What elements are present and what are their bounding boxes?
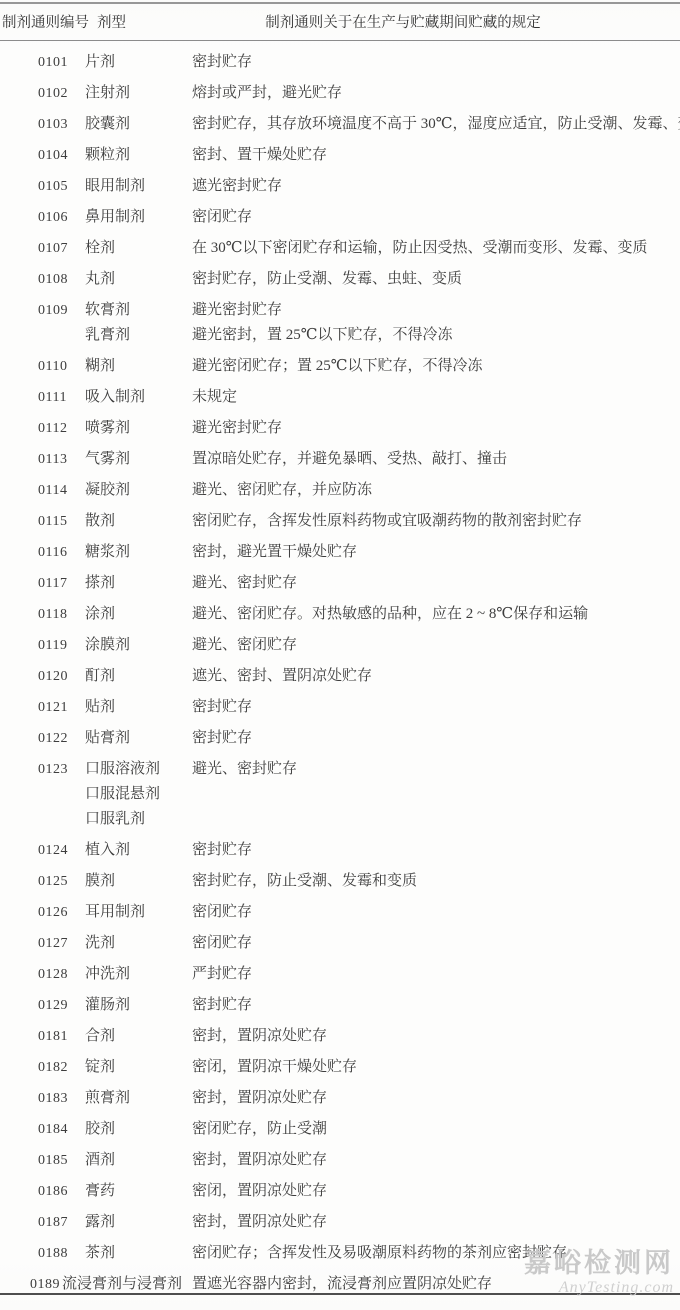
row-regulations: 密封贮存 [192,838,680,863]
dosage-form-text: 眼用制剂 [85,174,192,199]
dosage-form-text: 气雾剂 [85,447,192,472]
table-row: 0112 喷雾剂 避光密封贮存 [0,413,680,444]
table-row: 0121 贴剂 密封贮存 [0,692,680,723]
row-dosage-forms: 冲洗剂 [85,962,192,987]
row-dosage-forms: 膜剂 [85,869,192,894]
row-dosage-forms: 颗粒剂 [85,143,192,168]
row-regulations: 密封贮存，其存放环境温度不高于 30℃，湿度应适宜，防止受潮、发霉、变质 [192,112,680,137]
row-code: 0109 [0,298,85,348]
row-code: 0122 [0,726,85,751]
storage-regulation-text: 未规定 [192,385,680,410]
row-code: 0115 [0,509,85,534]
row-dosage-forms: 贴膏剂 [85,726,192,751]
row-regulations: 避光、密闭贮存。对热敏感的品种，应在 2 ~ 8℃保存和运输 [192,602,680,627]
storage-regulation-text: 避光、密封贮存 [192,571,680,596]
storage-regulation-text: 密封贮存 [192,993,680,1018]
row-dosage-forms: 灌肠剂 [85,993,192,1018]
table-row: 0129 灌肠剂 密封贮存 [0,990,680,1021]
row-code: 0120 [0,664,85,689]
table-row: 0104 颗粒剂 密封、置干燥处贮存 [0,140,680,171]
row-dosage-forms: 糊剂 [85,354,192,379]
table-row: 0114 凝胶剂 避光、密闭贮存，并应防冻 [0,475,680,506]
row-regulations: 避光、密闭贮存，并应防冻 [192,478,680,503]
table-row: 0122 贴膏剂 密封贮存 [0,723,680,754]
row-code: 0125 [0,869,85,894]
table-row: 0119 涂膜剂 避光、密闭贮存 [0,630,680,661]
dosage-form-text: 露剂 [85,1210,192,1235]
dosage-form-text: 贴膏剂 [85,726,192,751]
storage-regulation-text: 密封，置阴凉处贮存 [192,1148,680,1173]
dosage-form-text: 散剂 [85,509,192,534]
table-row: 0124 植入剂 密封贮存 [0,835,680,866]
storage-regulation-text: 密闭贮存；含挥发性及易吸潮原料药物的茶剂应密封贮存 [192,1241,680,1266]
dosage-form-text: 吸入制剂 [85,385,192,410]
row-code: 0188 [0,1241,85,1266]
row-dosage-forms: 鼻用制剂 [85,205,192,230]
row-dosage-forms: 合剂 [85,1024,192,1049]
row-dosage-forms: 洗剂 [85,931,192,956]
dosage-form-text: 栓剂 [85,236,192,261]
storage-regulation-text: 避光密封贮存 [192,416,680,441]
table-row: 0115 散剂 密闭贮存，含挥发性原料药物或宜吸潮药物的散剂密封贮存 [0,506,680,537]
row-regulations: 密闭贮存 [192,205,680,230]
row-code: 0181 [0,1024,85,1049]
storage-regulation-text: 密闭，置阴凉处贮存 [192,1179,680,1204]
row-dosage-forms: 茶剂 [85,1241,192,1266]
row-code: 0116 [0,540,85,565]
row-dosage-forms: 软膏剂乳膏剂 [85,298,192,348]
storage-regulation-text: 遮光密封贮存 [192,174,680,199]
storage-regulation-text: 密闭贮存 [192,931,680,956]
dosage-form-text: 颗粒剂 [85,143,192,168]
table-row: 0113 气雾剂 置凉暗处贮存，并避免暴晒、受热、敲打、撞击 [0,444,680,475]
row-dosage-forms: 糖浆剂 [85,540,192,565]
storage-regulation-text: 遮光、密封、置阴凉处贮存 [192,664,680,689]
row-regulations: 遮光密封贮存 [192,174,680,199]
storage-regulation-text: 避光、密闭贮存 [192,633,680,658]
row-dosage-forms: 膏药 [85,1179,192,1204]
row-code: 0104 [0,143,85,168]
row-regulations: 密封，避光置干燥处贮存 [192,540,680,565]
row-regulations: 避光密封贮存避光密封，置 25℃以下贮存，不得冷冻 [192,298,680,348]
table-row: 0111 吸入制剂 未规定 [0,382,680,413]
row-regulations: 避光、密封贮存 [192,571,680,596]
storage-regulation-table: 制剂通则编号 剂型 制剂通则关于在生产与贮藏期间贮藏的规定 0101 片剂 密封… [0,2,680,1300]
row-regulations: 密封，置阴凉处贮存 [192,1086,680,1111]
table-bottom-rule [0,1293,680,1295]
dosage-form-text: 口服乳剂 [85,807,192,832]
table-row: 0125 膜剂 密封贮存，防止受潮、发霉和变质 [0,866,680,897]
storage-regulation-text: 密封贮存，防止受潮、发霉、虫蛀、变质 [192,267,680,292]
row-regulations: 密闭贮存，含挥发性原料药物或宜吸潮药物的散剂密封贮存 [192,509,680,534]
table-row: 0105 眼用制剂 遮光密封贮存 [0,171,680,202]
table-row: 0102 注射剂 熔封或严封，避光贮存 [0,78,680,109]
row-dosage-forms: 丸剂 [85,267,192,292]
storage-regulation-text: 密闭贮存，防止受潮 [192,1117,680,1142]
row-dosage-forms: 锭剂 [85,1055,192,1080]
storage-regulation-text: 避光密闭贮存；置 25℃以下贮存，不得冷冻 [192,354,680,379]
row-regulations: 密封贮存，防止受潮、发霉和变质 [192,869,680,894]
table-row: 0187 露剂 密封，置阴凉处贮存 [0,1207,680,1238]
dosage-form-text: 胶剂 [85,1117,192,1142]
table-row: 0184 胶剂 密闭贮存，防止受潮 [0,1114,680,1145]
row-regulations: 遮光、密封、置阴凉处贮存 [192,664,680,689]
table-row: 0110 糊剂 避光密闭贮存；置 25℃以下贮存，不得冷冻 [0,351,680,382]
table-row: 0118 涂剂 避光、密闭贮存。对热敏感的品种，应在 2 ~ 8℃保存和运输 [0,599,680,630]
row-dosage-forms: 植入剂 [85,838,192,863]
row-dosage-forms: 栓剂 [85,236,192,261]
storage-regulation-text: 熔封或严封，避光贮存 [192,81,680,106]
row-dosage-forms: 露剂 [85,1210,192,1235]
row-regulations: 避光、密闭贮存 [192,633,680,658]
row-code: 0123 [0,757,85,832]
dosage-form-text: 酊剂 [85,664,192,689]
dosage-form-text: 涂剂 [85,602,192,627]
dosage-form-text: 膏药 [85,1179,192,1204]
dosage-form-text: 涂膜剂 [85,633,192,658]
table-row: 0103 胶囊剂 密封贮存，其存放环境温度不高于 30℃，湿度应适宜，防止受潮、… [0,109,680,140]
row-code: 0101 [0,50,85,75]
row-dosage-forms: 眼用制剂 [85,174,192,199]
dosage-form-text: 口服溶液剂 [85,757,192,782]
row-code: 0124 [0,838,85,863]
row-regulations: 密闭贮存 [192,931,680,956]
table-row: 0128 冲洗剂 严封贮存 [0,959,680,990]
storage-regulation-text: 置凉暗处贮存，并避免暴晒、受热、敲打、撞击 [192,447,680,472]
table-row: 0185 酒剂 密封，置阴凉处贮存 [0,1145,680,1176]
row-code: 0126 [0,900,85,925]
dosage-form-text: 耳用制剂 [85,900,192,925]
row-dosage-forms: 吸入制剂 [85,385,192,410]
row-regulations: 密闭贮存，防止受潮 [192,1117,680,1142]
row-code: 0185 [0,1148,85,1173]
dosage-form-text: 灌肠剂 [85,993,192,1018]
table-row: 0127 洗剂 密闭贮存 [0,928,680,959]
table-row: 0181 合剂 密封，置阴凉处贮存 [0,1021,680,1052]
row-dosage-forms: 酊剂 [85,664,192,689]
dosage-form-text: 煎膏剂 [85,1086,192,1111]
table-row: 0116 糖浆剂 密封，避光置干燥处贮存 [0,537,680,568]
storage-regulation-text: 密封贮存，其存放环境温度不高于 30℃，湿度应适宜，防止受潮、发霉、变质 [192,112,680,137]
row-regulations: 密闭贮存 [192,900,680,925]
row-regulations: 置凉暗处贮存，并避免暴晒、受热、敲打、撞击 [192,447,680,472]
row-dosage-forms: 注射剂 [85,81,192,106]
dosage-form-text: 洗剂 [85,931,192,956]
table-row: 0120 酊剂 遮光、密封、置阴凉处贮存 [0,661,680,692]
dosage-form-text: 喷雾剂 [85,416,192,441]
row-code: 0105 [0,174,85,199]
row-dosage-forms: 口服溶液剂口服混悬剂口服乳剂 [85,757,192,832]
row-code: 0110 [0,354,85,379]
storage-regulation-text: 密封，置阴凉处贮存 [192,1024,680,1049]
row-regulations: 熔封或严封，避光贮存 [192,81,680,106]
row-regulations: 密封贮存 [192,993,680,1018]
storage-regulation-text: 密封，避光置干燥处贮存 [192,540,680,565]
storage-regulation-text: 密封贮存 [192,838,680,863]
dosage-form-text: 锭剂 [85,1055,192,1080]
storage-regulation-text: 密闭贮存 [192,900,680,925]
row-code: 0182 [0,1055,85,1080]
storage-regulation-text: 密封贮存 [192,50,680,75]
row-code: 0129 [0,993,85,1018]
storage-regulation-text: 密封贮存 [192,726,680,751]
storage-regulation-text: 在 30℃以下密闭贮存和运输，防止因受热、受潮而变形、发霉、变质 [192,236,680,261]
storage-regulation-text: 密闭，置阴凉干燥处贮存 [192,1055,680,1080]
table-row: 0107 栓剂 在 30℃以下密闭贮存和运输，防止因受热、受潮而变形、发霉、变质 [0,233,680,264]
row-regulations: 密闭贮存；含挥发性及易吸潮原料药物的茶剂应密封贮存 [192,1241,680,1266]
table-row: 0108 丸剂 密封贮存，防止受潮、发霉、虫蛀、变质 [0,264,680,295]
row-dosage-forms: 酒剂 [85,1148,192,1173]
table-row: 0117 搽剂 避光、密封贮存 [0,568,680,599]
table-row: 0186 膏药 密闭，置阴凉处贮存 [0,1176,680,1207]
table-header-row: 制剂通则编号 剂型 制剂通则关于在生产与贮藏期间贮藏的规定 [0,4,680,40]
row-regulations: 密封，置阴凉处贮存 [192,1024,680,1049]
row-regulations: 避光密封贮存 [192,416,680,441]
row-dosage-forms: 胶囊剂 [85,112,192,137]
dosage-form-text: 凝胶剂 [85,478,192,503]
row-regulations: 密闭，置阴凉处贮存 [192,1179,680,1204]
table-row: 0123 口服溶液剂口服混悬剂口服乳剂 避光、密封贮存 [0,754,680,835]
row-code: 0114 [0,478,85,503]
table-row: 0126 耳用制剂 密闭贮存 [0,897,680,928]
header-storage-regulation: 制剂通则关于在生产与贮藏期间贮藏的规定 [126,11,680,32]
row-code: 0108 [0,267,85,292]
storage-regulation-text: 避光、密闭贮存，并应防冻 [192,478,680,503]
row-regulations: 密封，置阴凉处贮存 [192,1148,680,1173]
dosage-form-text: 冲洗剂 [85,962,192,987]
row-regulations: 密封贮存 [192,695,680,720]
dosage-form-text: 酒剂 [85,1148,192,1173]
document-page: 制剂通则编号 剂型 制剂通则关于在生产与贮藏期间贮藏的规定 0101 片剂 密封… [0,0,680,1310]
row-dosage-forms: 凝胶剂 [85,478,192,503]
dosage-form-text: 注射剂 [85,81,192,106]
dosage-form-text: 膜剂 [85,869,192,894]
row-code: 0184 [0,1117,85,1142]
dosage-form-text: 片剂 [85,50,192,75]
row-dosage-forms: 散剂 [85,509,192,534]
storage-regulation-text: 密闭贮存 [192,205,680,230]
storage-regulation-text: 密闭贮存，含挥发性原料药物或宜吸潮药物的散剂密封贮存 [192,509,680,534]
row-dosage-forms: 煎膏剂 [85,1086,192,1111]
dosage-form-text: 软膏剂 [85,298,192,323]
dosage-form-text: 糊剂 [85,354,192,379]
row-dosage-forms: 贴剂 [85,695,192,720]
row-regulations: 避光、密封贮存 [192,757,680,832]
row-code: 0113 [0,447,85,472]
row-dosage-forms: 片剂 [85,50,192,75]
row-code: 0187 [0,1210,85,1235]
row-code: 0107 [0,236,85,261]
table-row: 0106 鼻用制剂 密闭贮存 [0,202,680,233]
row-regulations: 未规定 [192,385,680,410]
row-code: 0103 [0,112,85,137]
storage-regulation-text: 密封，置阴凉处贮存 [192,1210,680,1235]
table-row: 0183 煎膏剂 密封，置阴凉处贮存 [0,1083,680,1114]
dosage-form-text: 合剂 [85,1024,192,1049]
table-row: 0189 流浸膏剂与浸膏剂 置遮光容器内密封，流浸膏剂应置阴凉处贮存 [0,1269,680,1300]
dosage-form-text: 胶囊剂 [85,112,192,137]
dosage-form-text: 搽剂 [85,571,192,596]
storage-regulation-text: 避光密封，置 25℃以下贮存，不得冷冻 [192,323,680,348]
storage-regulation-text: 严封贮存 [192,962,680,987]
row-code: 0118 [0,602,85,627]
row-code: 0127 [0,931,85,956]
storage-regulation-text: 避光、密封贮存 [192,757,680,782]
row-dosage-forms: 喷雾剂 [85,416,192,441]
table-row: 0109 软膏剂乳膏剂 避光密封贮存避光密封，置 25℃以下贮存，不得冷冻 [0,295,680,351]
row-regulations: 密封贮存 [192,50,680,75]
row-code: 0186 [0,1179,85,1204]
dosage-form-text: 贴剂 [85,695,192,720]
row-regulations: 密封贮存 [192,726,680,751]
table-row: 0101 片剂 密封贮存 [0,47,680,78]
row-regulations: 密闭，置阴凉干燥处贮存 [192,1055,680,1080]
row-dosage-forms: 涂剂 [85,602,192,627]
storage-regulation-text: 避光密封贮存 [192,298,680,323]
table-row: 0182 锭剂 密闭，置阴凉干燥处贮存 [0,1052,680,1083]
dosage-form-text: 口服混悬剂 [85,782,192,807]
row-dosage-forms: 胶剂 [85,1117,192,1142]
row-regulations: 在 30℃以下密闭贮存和运输，防止因受热、受潮而变形、发霉、变质 [192,236,680,261]
row-dosage-forms: 涂膜剂 [85,633,192,658]
dosage-form-text: 鼻用制剂 [85,205,192,230]
row-code: 0128 [0,962,85,987]
row-dosage-forms: 搽剂 [85,571,192,596]
dosage-form-text: 乳膏剂 [85,323,192,348]
row-code: 0111 [0,385,85,410]
table-body: 0101 片剂 密封贮存 0102 注射剂 熔封或严封，避光贮存 0103 胶囊… [0,41,680,1300]
row-code: 0106 [0,205,85,230]
header-code: 制剂通则编号 [2,11,89,32]
row-code: 0121 [0,695,85,720]
row-regulations: 严封贮存 [192,962,680,987]
table-row: 0188 茶剂 密闭贮存；含挥发性及易吸潮原料药物的茶剂应密封贮存 [0,1238,680,1269]
row-regulations: 密封贮存，防止受潮、发霉、虫蛀、变质 [192,267,680,292]
dosage-form-text: 植入剂 [85,838,192,863]
storage-regulation-text: 密封，置阴凉处贮存 [192,1086,680,1111]
storage-regulation-text: 密封贮存 [192,695,680,720]
row-regulations: 避光密闭贮存；置 25℃以下贮存，不得冷冻 [192,354,680,379]
row-regulations: 密封，置阴凉处贮存 [192,1210,680,1235]
row-regulations: 密封、置干燥处贮存 [192,143,680,168]
storage-regulation-text: 密封、置干燥处贮存 [192,143,680,168]
storage-regulation-text: 避光、密闭贮存。对热敏感的品种，应在 2 ~ 8℃保存和运输 [192,602,680,627]
row-code: 0183 [0,1086,85,1111]
row-code: 0112 [0,416,85,441]
dosage-form-text: 丸剂 [85,267,192,292]
row-code: 0117 [0,571,85,596]
header-dosage-form: 剂型 [97,11,126,32]
dosage-form-text: 茶剂 [85,1241,192,1266]
row-dosage-forms: 气雾剂 [85,447,192,472]
storage-regulation-text: 密封贮存，防止受潮、发霉和变质 [192,869,680,894]
dosage-form-text: 糖浆剂 [85,540,192,565]
row-dosage-forms: 耳用制剂 [85,900,192,925]
row-code: 0102 [0,81,85,106]
row-code: 0119 [0,633,85,658]
